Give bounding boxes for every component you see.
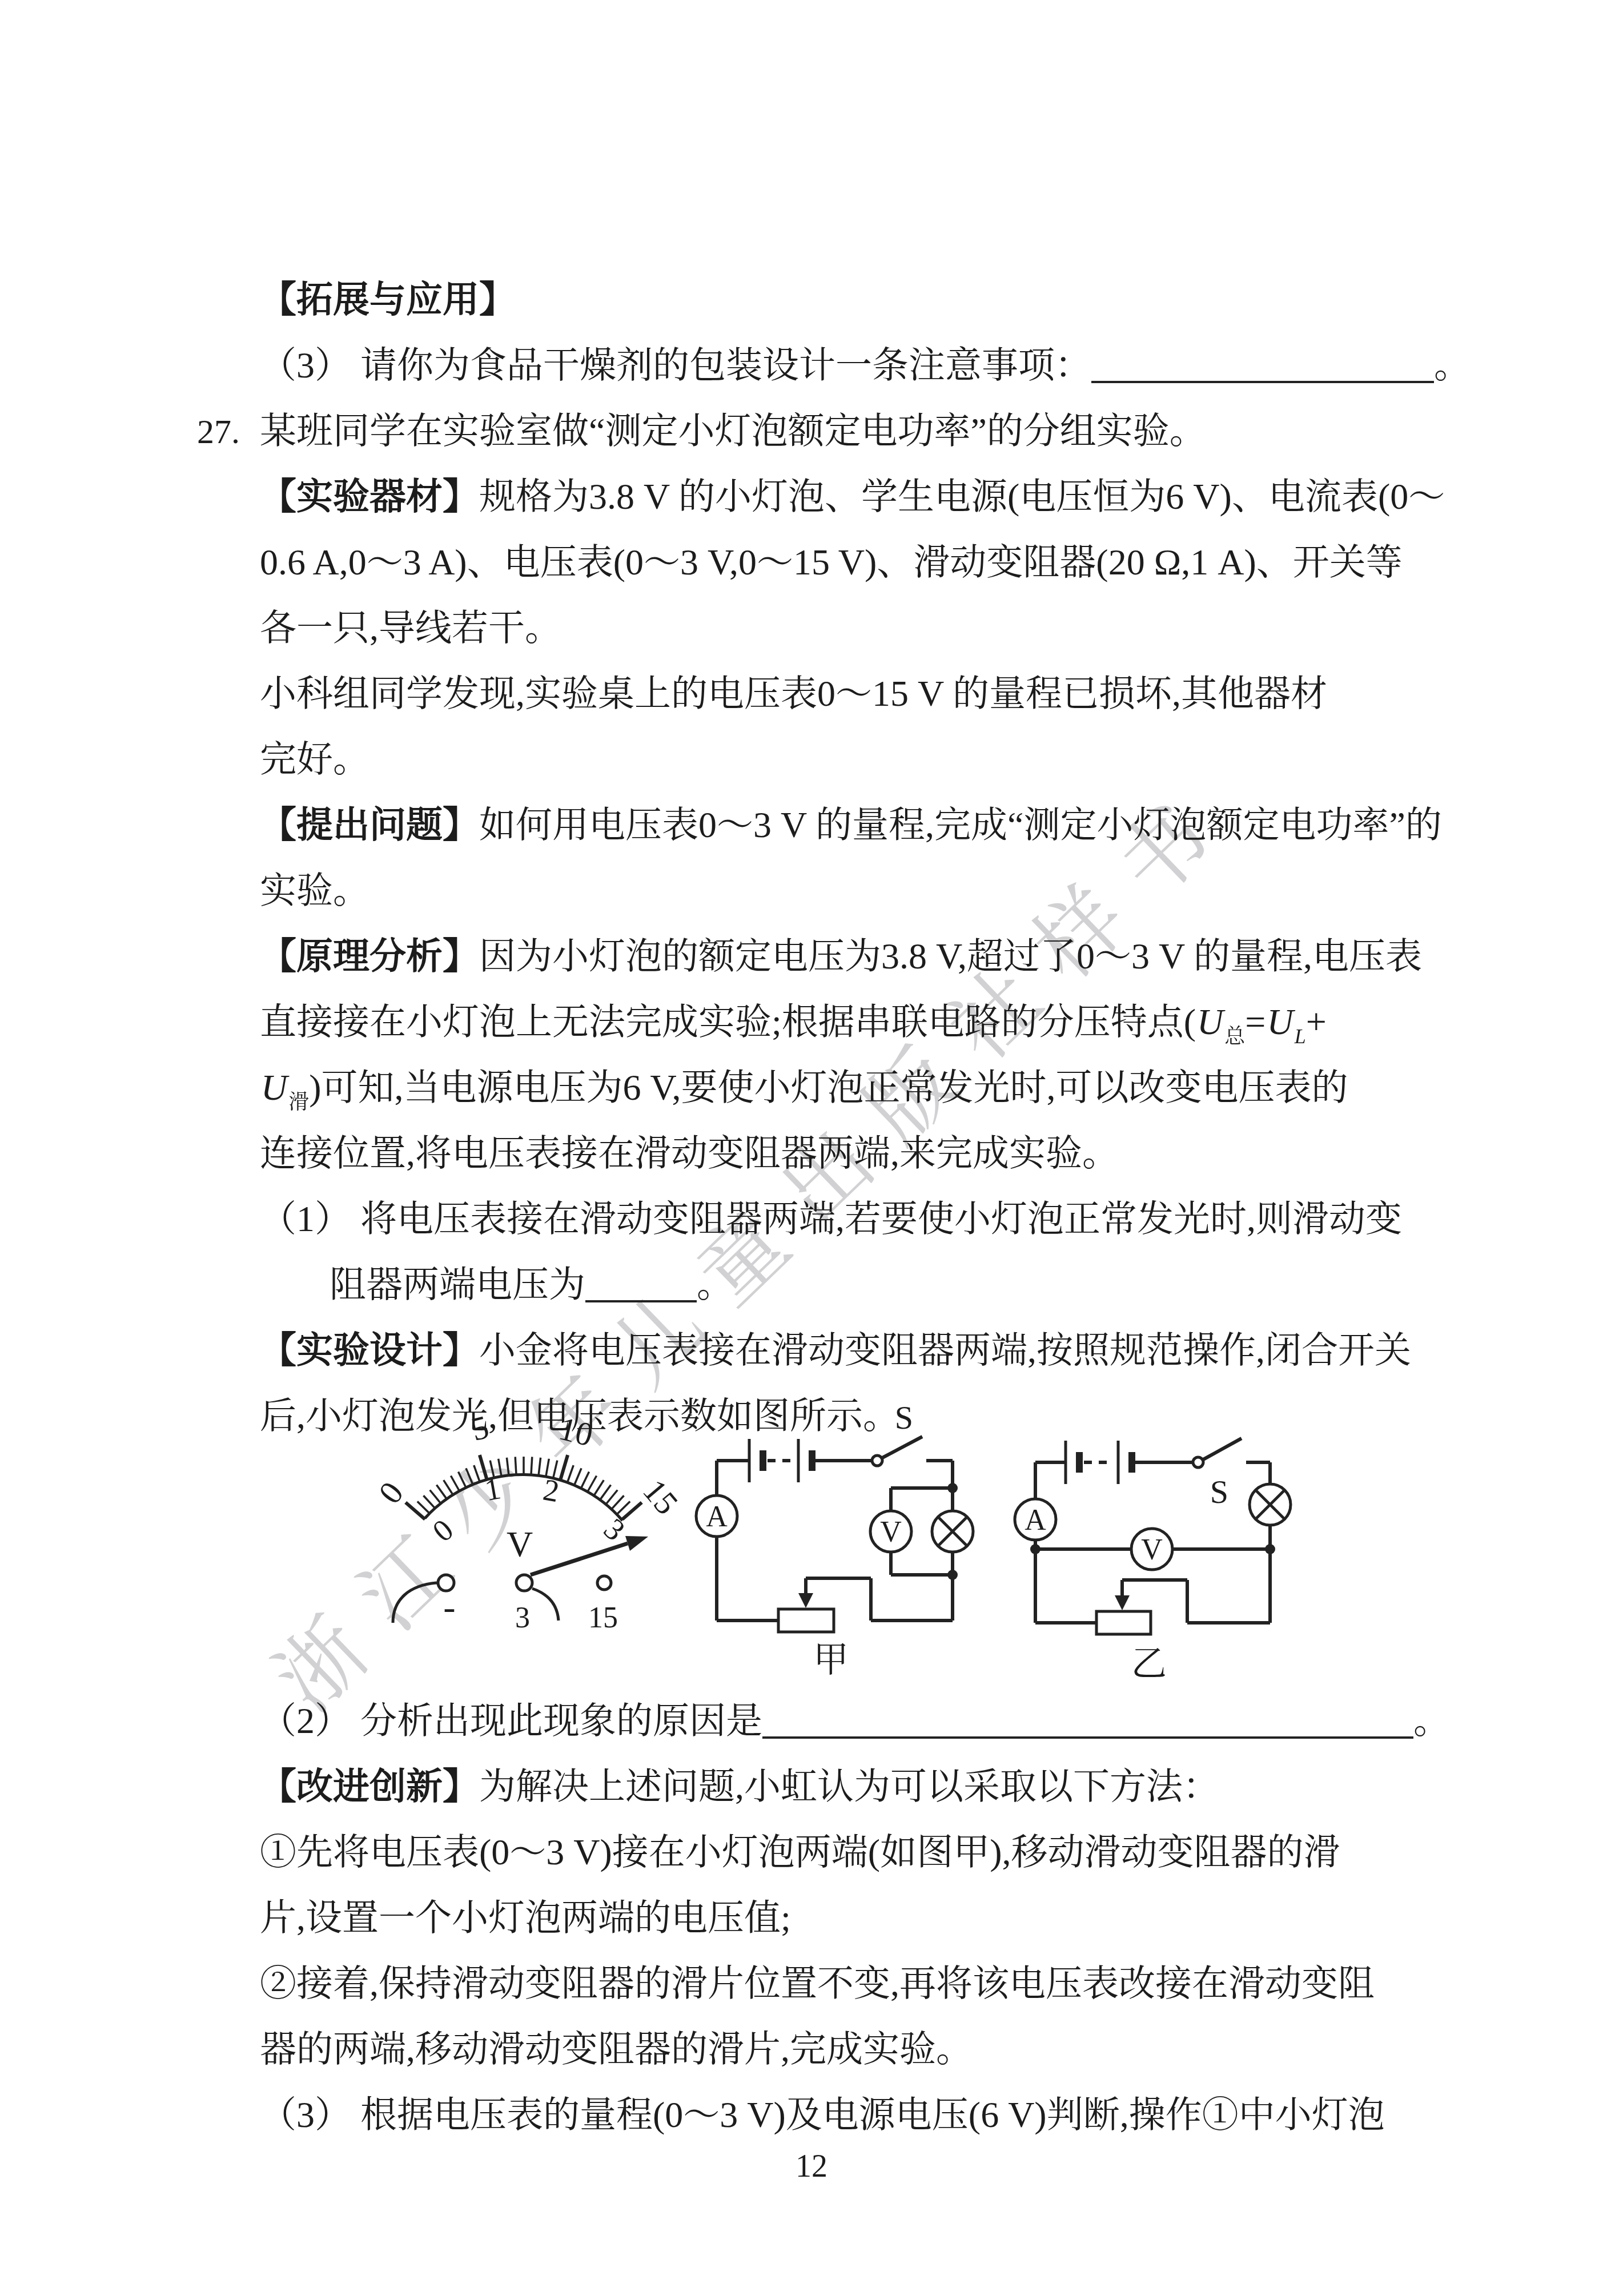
line-text: （2） 分析出现此现象的原因是 bbox=[260, 1700, 762, 1741]
line-text: 直接接在小灯泡上无法完成实验;根据串联电路的分压特点( bbox=[260, 1002, 1196, 1042]
section-header-expand: 【拓展与应用】 bbox=[260, 267, 1459, 332]
line-text: 。 bbox=[1413, 1700, 1450, 1741]
page-number: 12 bbox=[0, 2148, 1623, 2185]
section-label: 【原理分析】 bbox=[260, 936, 479, 976]
ammeter-label: A bbox=[1025, 1504, 1046, 1537]
line-text: )可知,当电源电压为6 V,要使小灯泡正常发光时,可以改变电压表的 bbox=[309, 1067, 1348, 1108]
line-text: （1） 将电压表接在滑动变阻器两端,若要使小灯泡正常发光时,则滑动变 bbox=[260, 1199, 1402, 1239]
question-27-stem: 27.某班同学在实验室做“测定小灯泡额定电功率”的分组实验。 bbox=[260, 398, 1459, 464]
answer-blank bbox=[585, 1300, 697, 1302]
principle-line-1: 【原理分析】因为小灯泡的额定电压为3.8 V,超过了0～3 V 的量程,电压表 bbox=[260, 923, 1459, 989]
line-text: 规格为3.8 V 的小灯泡、学生电源(电压恒为6 V)、电流表(0～ bbox=[479, 476, 1445, 517]
principle-line-2-formula: 直接接在小灯泡上无法完成实验;根据串联电路的分压特点(U总=UL+ bbox=[260, 989, 1459, 1055]
principle-line-4: 连接位置,将电压表接在滑动变阻器两端,来完成实验。 bbox=[260, 1120, 1459, 1186]
voltmeter-label: V bbox=[880, 1516, 902, 1549]
scale-label-inner-0: 0 bbox=[426, 1513, 460, 1549]
materials-line-1: 【实验器材】规格为3.8 V 的小灯泡、学生电源(电压恒为6 V)、电流表(0～ bbox=[260, 464, 1459, 529]
question-raise-line-1: 【提出问题】如何用电压表0～3 V 的量程,完成“测定小灯泡额定电功率”的 bbox=[260, 792, 1459, 858]
step-2-line-2: 器的两端,移动滑动变阻器的滑片,完成实验。 bbox=[260, 2016, 1459, 2082]
principle-line-3-formula: U滑)可知,当电源电压为6 V,要使小灯泡正常发光时,可以改变电压表的 bbox=[260, 1055, 1459, 1120]
rheostat-symbol bbox=[778, 1609, 834, 1632]
question-1-line-1: （1） 将电压表接在滑动变阻器两端,若要使小灯泡正常发光时,则滑动变 bbox=[260, 1186, 1459, 1252]
switch-label: S bbox=[1210, 1473, 1228, 1510]
circuit-jia-caption: 甲 bbox=[813, 1641, 849, 1680]
line-text: 完好。 bbox=[260, 739, 369, 779]
formula-operator: = bbox=[1245, 1002, 1266, 1042]
line-text: 为解决上述问题,小虹认为可以采取以下方法： bbox=[479, 1766, 1219, 1807]
voltmeter-label: V bbox=[1141, 1534, 1163, 1566]
circuit-jia-labels: S A V 甲 bbox=[706, 1399, 913, 1680]
line-text: 因为小灯泡的额定电压为3.8 V,超过了0～3 V 的量程,电压表 bbox=[479, 936, 1422, 976]
circuit-yi-caption: 乙 bbox=[1131, 1645, 1167, 1684]
materials-line-2: 0.6 A,0～3 A)、电压表(0～3 V,0～15 V)、滑动变阻器(20 … bbox=[260, 529, 1459, 595]
rheostat-symbol bbox=[1096, 1611, 1151, 1634]
question-1-line-2: 阻器两端电压为。 bbox=[260, 1252, 1459, 1317]
question-raise-line-2: 实验。 bbox=[260, 858, 1459, 923]
formula-symbol: U bbox=[1266, 1002, 1294, 1042]
voltmeter-labels: 0 5 10 15 0 1 2 3 V - 3 15 bbox=[371, 1408, 685, 1634]
step-1-line-2: 片,设置一个小灯泡两端的电压值; bbox=[260, 1885, 1459, 1951]
terminal-15v-icon bbox=[597, 1576, 611, 1590]
question-number: 27. bbox=[197, 399, 260, 465]
question-3b-line: （3） 根据电压表的量程(0～3 V)及电源电压(6 V)判断,操作①中小灯泡 bbox=[260, 2082, 1459, 2148]
line-text: 各一只,导线若干。 bbox=[260, 608, 561, 648]
scale-label-outer-5: 5 bbox=[467, 1408, 492, 1448]
step-2-line-1: ②接着,保持滑动变阻器的滑片位置不变,再将该电压表改接在滑动变阻 bbox=[260, 1951, 1459, 2016]
scale-label-outer-0: 0 bbox=[371, 1475, 411, 1511]
needle-arrowhead bbox=[625, 1536, 648, 1551]
answer-blank bbox=[762, 1736, 1413, 1739]
design-line-1: 【实验设计】小金将电压表接在滑动变阻器两端,按照规范操作,闭合开关 bbox=[260, 1317, 1459, 1383]
switch-pivot-icon bbox=[872, 1455, 882, 1466]
formula-operator: + bbox=[1306, 1002, 1327, 1042]
line-text: ①先将电压表(0～3 V)接在小灯泡两端(如图甲),移动滑动变阻器的滑 bbox=[260, 1832, 1340, 1872]
step-1-line-1: ①先将电压表(0～3 V)接在小灯泡两端(如图甲),移动滑动变阻器的滑 bbox=[260, 1819, 1459, 1885]
line-text: 小科组同学发现,实验桌上的电压表0～15 V 的量程已损坏,其他器材 bbox=[260, 673, 1327, 714]
formula-symbol: U bbox=[1196, 1002, 1224, 1042]
line-text: 片,设置一个小灯泡两端的电压值; bbox=[260, 1897, 791, 1938]
question-3-desiccant: （3） 请你为食品干燥剂的包装设计一条注意事项：。 bbox=[260, 332, 1459, 398]
materials-line-3: 各一只,导线若干。 bbox=[260, 595, 1459, 661]
section-label: 【实验设计】 bbox=[260, 1330, 479, 1370]
terminal-3v-icon bbox=[516, 1575, 532, 1591]
improve-header-line: 【改进创新】为解决上述问题,小虹认为可以采取以下方法： bbox=[260, 1754, 1459, 1819]
line-text: 0.6 A,0～3 A)、电压表(0～3 V,0～15 V)、滑动变阻器(20 … bbox=[260, 542, 1403, 582]
discovery-line-2: 完好。 bbox=[260, 726, 1459, 792]
section-header-label: 【拓展与应用】 bbox=[260, 279, 516, 320]
formula-subscript: 滑 bbox=[288, 1091, 309, 1113]
text-block-upper: 【拓展与应用】 （3） 请你为食品干燥剂的包装设计一条注意事项：。 27.某班同… bbox=[260, 267, 1459, 1449]
switch-lever bbox=[882, 1437, 922, 1458]
question-2-line: （2） 分析出现此现象的原因是。 bbox=[260, 1688, 1459, 1754]
answer-blank bbox=[1091, 381, 1434, 383]
line-text: ②接着,保持滑动变阻器的滑片位置不变,再将该电压表改接在滑动变阻 bbox=[260, 1963, 1375, 2004]
section-label: 【实验器材】 bbox=[260, 476, 479, 517]
section-label: 【改进创新】 bbox=[260, 1766, 479, 1807]
line-text: 器的两端,移动滑动变阻器的滑片,完成实验。 bbox=[260, 2029, 973, 2069]
slider-arrow-icon bbox=[798, 1593, 813, 1608]
section-label: 【提出问题】 bbox=[260, 805, 479, 845]
experiment-figure: 0 5 10 15 0 1 2 3 V - 3 15 bbox=[0, 1399, 1623, 1684]
terminal-15v-label: 15 bbox=[588, 1602, 618, 1634]
lead-wire-middle bbox=[532, 1589, 559, 1621]
text-block-lower: （2） 分析出现此现象的原因是。 【改进创新】为解决上述问题,小虹认为可以采取以… bbox=[260, 1688, 1459, 2148]
line-text: （3） 根据电压表的量程(0～3 V)及电源电压(6 V)判断,操作①中小灯泡 bbox=[260, 2094, 1385, 2135]
terminal-3v-label: 3 bbox=[515, 1602, 530, 1634]
formula-symbol: U bbox=[260, 1067, 288, 1108]
scale-label-outer-10: 10 bbox=[556, 1410, 597, 1454]
dial-ticks bbox=[405, 1455, 642, 1519]
circuit-jia bbox=[696, 1437, 973, 1632]
ammeter-label: A bbox=[706, 1501, 728, 1533]
line-text: 连接位置,将电压表接在滑动变阻器两端,来完成实验。 bbox=[260, 1133, 1119, 1173]
lead-wire-left bbox=[393, 1583, 437, 1623]
line-text: （3） 请你为食品干燥剂的包装设计一条注意事项： bbox=[260, 345, 1091, 385]
switch-label: S bbox=[895, 1399, 913, 1436]
line-text: 。 bbox=[697, 1264, 733, 1305]
discovery-line-1: 小科组同学发现,实验桌上的电压表0～15 V 的量程已损坏,其他器材 bbox=[260, 661, 1459, 726]
line-text: 。 bbox=[1434, 345, 1471, 385]
unit-label: V bbox=[507, 1524, 533, 1565]
line-text: 某班同学在实验室做“测定小灯泡额定电功率”的分组实验。 bbox=[260, 411, 1206, 451]
formula-subscript: 总 bbox=[1224, 1025, 1245, 1048]
formula-subscript: L bbox=[1295, 1025, 1306, 1048]
line-text: 如何用电压表0～3 V 的量程,完成“测定小灯泡额定电功率”的 bbox=[479, 805, 1442, 845]
slider-arrow-icon bbox=[1115, 1595, 1130, 1610]
exam-page: 浙江少年儿童出版社样书 【拓展与应用】 （3） 请你为食品干燥剂的包装设计一条注… bbox=[0, 0, 1623, 2296]
switch-pivot-icon bbox=[1193, 1457, 1203, 1467]
needle-icon bbox=[531, 1543, 628, 1575]
line-text: 阻器两端电压为 bbox=[330, 1264, 585, 1305]
switch-lever bbox=[1203, 1438, 1242, 1459]
line-text: 实验。 bbox=[260, 870, 369, 911]
scale-label-outer-15: 15 bbox=[636, 1472, 685, 1521]
terminal-minus-label: - bbox=[443, 1587, 455, 1627]
line-text: 小金将电压表接在滑动变阻器两端,按照规范操作,闭合开关 bbox=[479, 1330, 1411, 1370]
